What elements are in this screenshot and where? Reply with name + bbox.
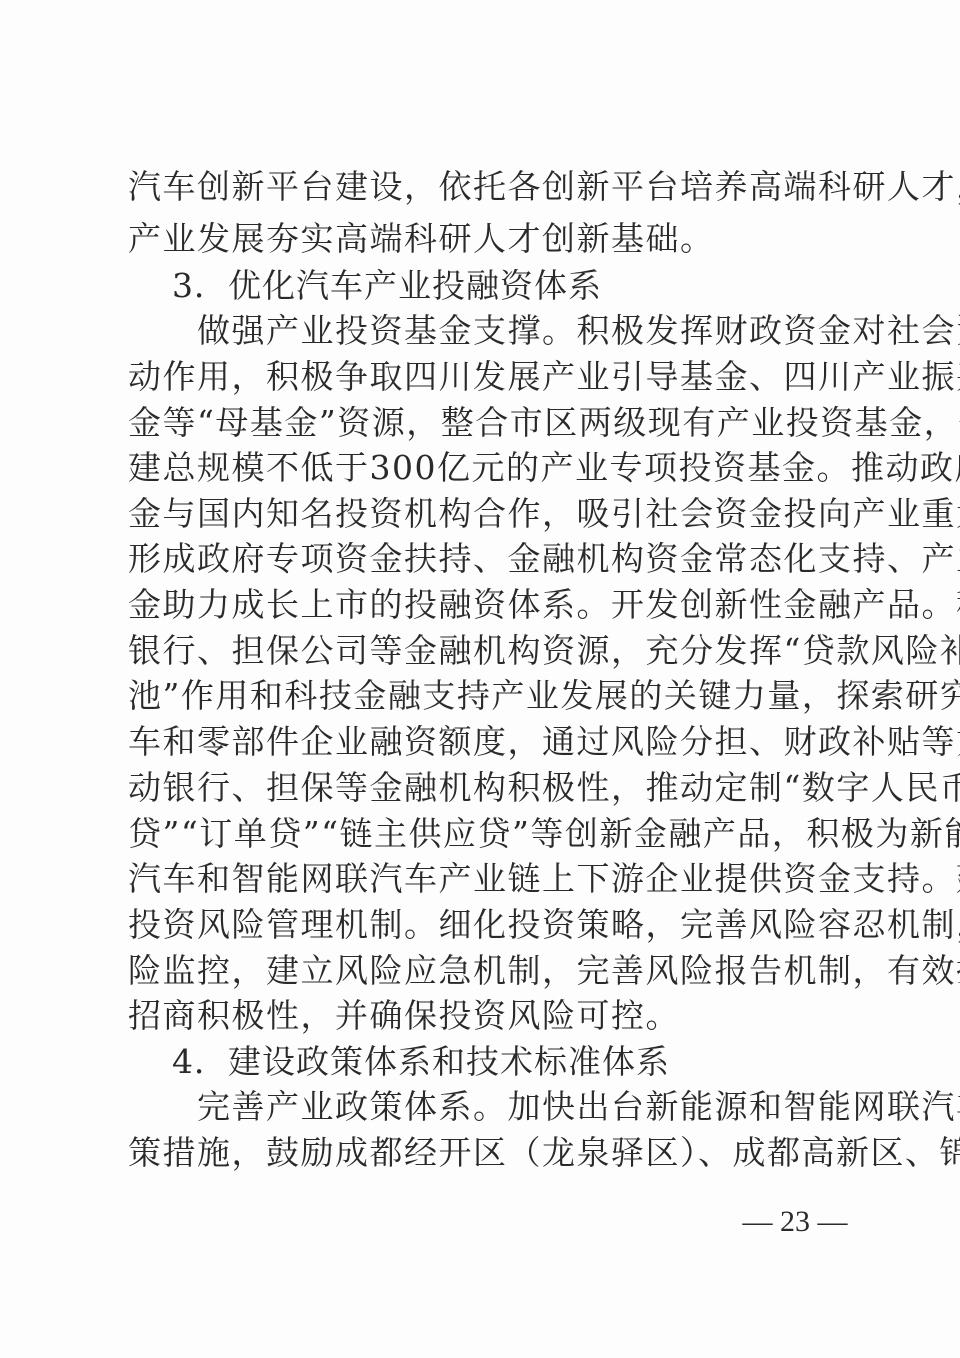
document-page: 汽车创新平台建设，依托各创新平台培养高端科研人才，为汽车 产业发展夯实高端科研人… bbox=[0, 0, 960, 1358]
body-line: 建总规模不低于300亿元的产业专项投资基金。推动政府产业基 bbox=[128, 448, 844, 488]
body-line: 银行、担保公司等金融机构资源，充分发挥“贷款风险补偿资金 bbox=[128, 631, 844, 671]
body-line: 贷”“订单贷”“链主供应贷”等创新金融产品，积极为新能源 bbox=[128, 814, 844, 854]
body-line: 汽车创新平台建设，依托各创新平台培养高端科研人才，为汽车 bbox=[128, 167, 844, 207]
body-line: 产业发展夯实高端科研人才创新基础。 bbox=[128, 219, 844, 259]
body-line: 汽车和智能网联汽车产业链上下游企业提供资金支持。建立健全 bbox=[128, 859, 844, 899]
paragraph-start-line: 做强产业投资基金支撑。积极发挥财政资金对社会资本的撬 bbox=[128, 311, 844, 351]
body-line: 动银行、担保等金融机构积极性，推动定制“数字人民币+信用 bbox=[128, 768, 844, 808]
paragraph-start-line: 完善产业政策体系。加快出台新能源和智能网联汽车产业政 bbox=[128, 1087, 844, 1127]
body-line: 金助力成长上市的投融资体系。开发创新性金融产品。积极整合 bbox=[128, 585, 844, 625]
body-line: 投资风险管理机制。细化投资策略，完善风险容忍机制，加强风 bbox=[128, 905, 844, 945]
section-heading-3: 3．优化汽车产业投融资体系 bbox=[172, 266, 888, 306]
body-line: 金与国内知名投资机构合作，吸引社会资金投向产业重大项目， bbox=[128, 494, 844, 534]
body-line: 金等“母基金”资源，整合市区两级现有产业投资基金，分期组 bbox=[128, 403, 844, 443]
body-line: 险监控，建立风险应急机制，完善风险报告机制，有效提高资本 bbox=[128, 951, 844, 991]
page-number: — 23 — bbox=[740, 1205, 850, 1239]
body-line: 招商积极性，并确保投资风险可控。 bbox=[128, 996, 844, 1036]
body-line: 策措施，鼓励成都经开区（龙泉驿区）、成都高新区、锦江区等 bbox=[128, 1133, 844, 1173]
body-line: 池”作用和科技金融支持产业发展的关键力量，探索研究扩大整 bbox=[128, 676, 844, 716]
body-line: 形成政府专项资金扶持、金融机构资金常态化支持、产业发展基 bbox=[128, 539, 844, 579]
body-line: 车和零部件企业融资额度，通过风险分担、财政补贴等方式，调 bbox=[128, 722, 844, 762]
section-heading-4: 4．建设政策体系和技术标准体系 bbox=[172, 1042, 888, 1082]
body-line: 动作用，积极争取四川发展产业引导基金、四川产业振兴发展基 bbox=[128, 357, 844, 397]
